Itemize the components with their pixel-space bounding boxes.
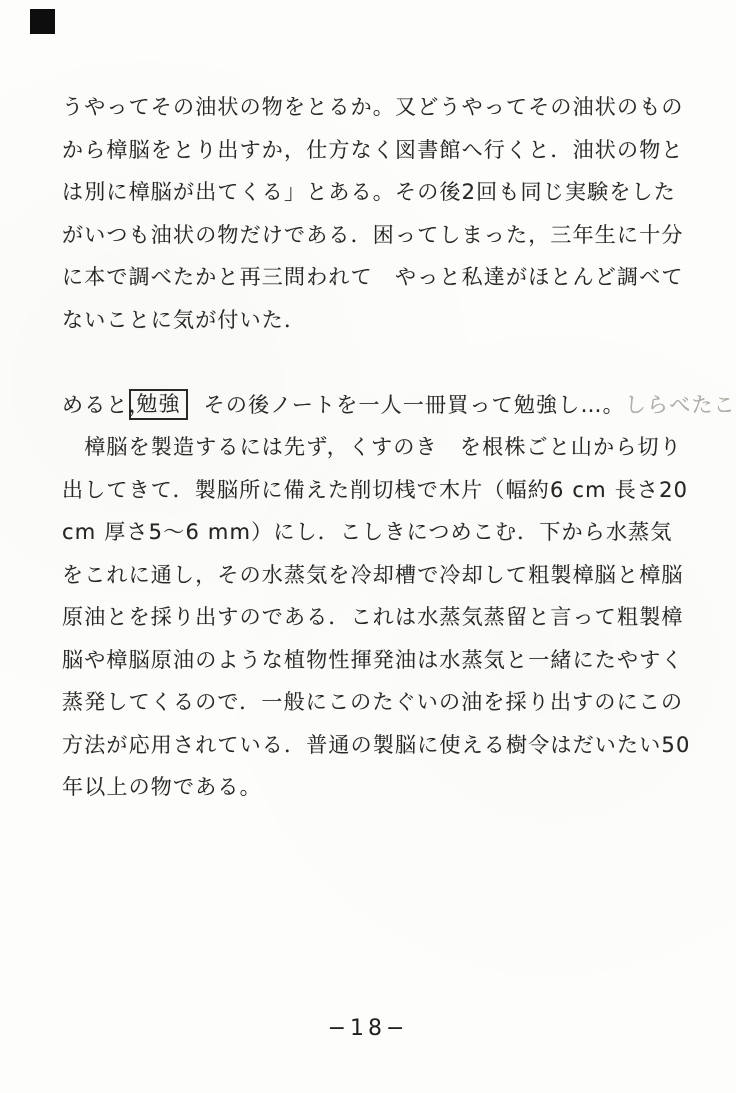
text-line: は別に樟脳が出てくる」とある。その後2回も同じ実験をした (62, 171, 678, 214)
text-line: に本で調べたかと再三問われて やっと私達がほとんど調べて (62, 256, 678, 299)
text-line: 原油とを採り出すのである．これは水蒸気蒸留と言って粗製樟 (62, 596, 678, 639)
text-line: がいつも油状の物だけである．困ってしまった，三年生に十分 (62, 214, 678, 257)
text-line: cm 厚さ5～6 mm）にし．こしきにつめこむ．下から水蒸気 (62, 511, 678, 554)
study-heading-line: 勉強その後ノートを一人一冊買って勉強し…。しらべたことをまと (62, 341, 678, 384)
scanned-document-page: うやってその油状の物をとるか。又どうやってその油状のもの から樟脳をとり出すか，… (0, 0, 736, 1093)
text-line: から樟脳をとり出すか，仕方なく図書館へ行くと．油状の物と (62, 129, 678, 172)
text-line: 方法が応用されている．普通の製脳に使える樹令はだいたい50 (62, 724, 678, 767)
page-number: −18− (0, 1016, 736, 1041)
text-line: ないことに気が付いた． (62, 299, 678, 342)
study-line-text: その後ノートを一人一冊買って勉強し…。 (204, 393, 625, 417)
text-line: 脳や樟脳原油のような植物性揮発油は水蒸気と一緒にたやすく (62, 639, 678, 682)
text-line: 出してきて．製脳所に備えた削切桟で木片（幅約6 cm 長さ20 (62, 469, 678, 512)
study-line-faint-text: しらべたことをまと (625, 393, 736, 417)
text-line: 年以上の物である。 (62, 766, 678, 809)
text-line: をこれに通し，その水蒸気を冷却槽で冷却して粗製樟脳と樟脳 (62, 554, 678, 597)
text-line: 樟脳を製造するには先ず，くすのき を根株ごと山から切り (62, 426, 678, 469)
corner-registration-mark (30, 9, 55, 34)
text-line: 蒸発してくるので．一般にこのたぐいの油を採り出すのにこの (62, 681, 678, 724)
body-text: うやってその油状の物をとるか。又どうやってその油状のもの から樟脳をとり出すか，… (62, 86, 678, 809)
text-line: うやってその油状の物をとるか。又どうやってその油状のもの (62, 86, 678, 129)
